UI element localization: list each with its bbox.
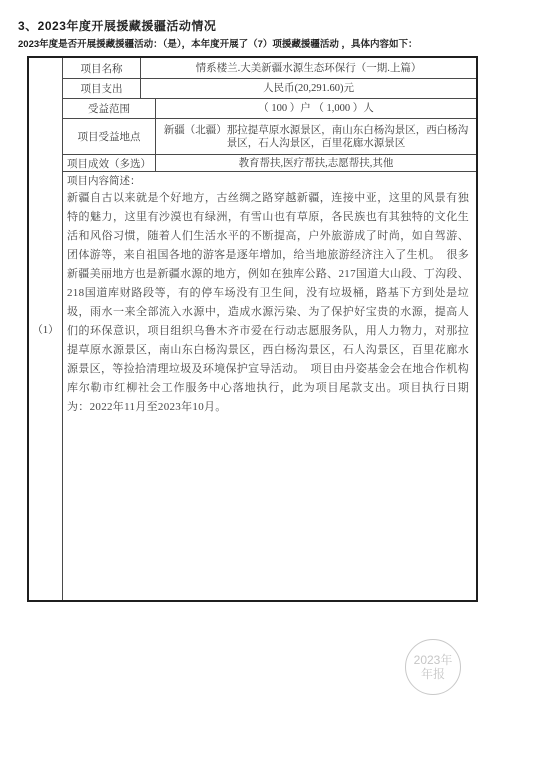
annual-report-stamp: 2023年 年报: [405, 639, 461, 695]
description-label: 项目内容简述：: [67, 174, 469, 189]
row-label-project-name: 项目名称: [63, 58, 141, 78]
table-row: 项目受益地点 新疆（北疆）那拉提草原水源景区，南山东白杨沟景区，西白杨沟景区，石…: [63, 119, 476, 155]
project-description-cell: 项目内容简述： 新疆自古以来就是个好地方，古丝绸之路穿越新疆，连接中亚，这里的风…: [63, 172, 476, 600]
sequence-number-cell: （1）: [29, 58, 63, 600]
report-page: 3、2023年度开展援藏援疆活动情况 2023年度是否开展援藏援疆活动：（是），…: [0, 0, 554, 784]
section-subtitle: 2023年度是否开展援藏援疆活动：（是），本年度开展了（7）项援藏援疆活动 ，具…: [18, 36, 538, 50]
table-row: 项目成效（多选） 教育帮扶,医疗帮扶,志愿帮扶,其他: [63, 155, 476, 172]
row-value-benefit-scope: （ 100 ）户 （ 1,000 ）人: [156, 99, 476, 118]
section-title: 3、2023年度开展援藏援疆活动情况: [18, 17, 216, 34]
description-text: 新疆自古以来就是个好地方，古丝绸之路穿越新疆，连接中亚，这里的风景有独特的魅力，…: [67, 189, 469, 417]
project-table: （1） 项目名称 情系楼兰.大美新疆水源生态环保行（一期.上篇） 项目支出 人民…: [27, 56, 478, 602]
row-label-benefit-scope: 受益范围: [63, 99, 156, 118]
stamp-report-text: 年报: [421, 667, 445, 681]
row-value-project-name: 情系楼兰.大美新疆水源生态环保行（一期.上篇）: [141, 58, 476, 78]
row-value-benefit-location: 新疆（北疆）那拉提草原水源景区，南山东白杨沟景区，西白杨沟景区，石人沟景区，百里…: [156, 119, 476, 154]
stamp-year-text: 2023年: [414, 653, 453, 667]
table-row: 项目支出 人民币(20,291.60)元: [63, 79, 476, 99]
table-row: 受益范围 （ 100 ）户 （ 1,000 ）人: [63, 99, 476, 119]
row-label-project-results: 项目成效（多选）: [63, 155, 156, 171]
row-value-project-results: 教育帮扶,医疗帮扶,志愿帮扶,其他: [156, 155, 476, 171]
project-table-body: 项目名称 情系楼兰.大美新疆水源生态环保行（一期.上篇） 项目支出 人民币(20…: [63, 58, 476, 600]
table-row: 项目名称 情系楼兰.大美新疆水源生态环保行（一期.上篇）: [63, 58, 476, 79]
row-label-project-expense: 项目支出: [63, 79, 141, 98]
row-value-project-expense: 人民币(20,291.60)元: [141, 79, 476, 98]
row-label-benefit-location: 项目受益地点: [63, 119, 156, 154]
